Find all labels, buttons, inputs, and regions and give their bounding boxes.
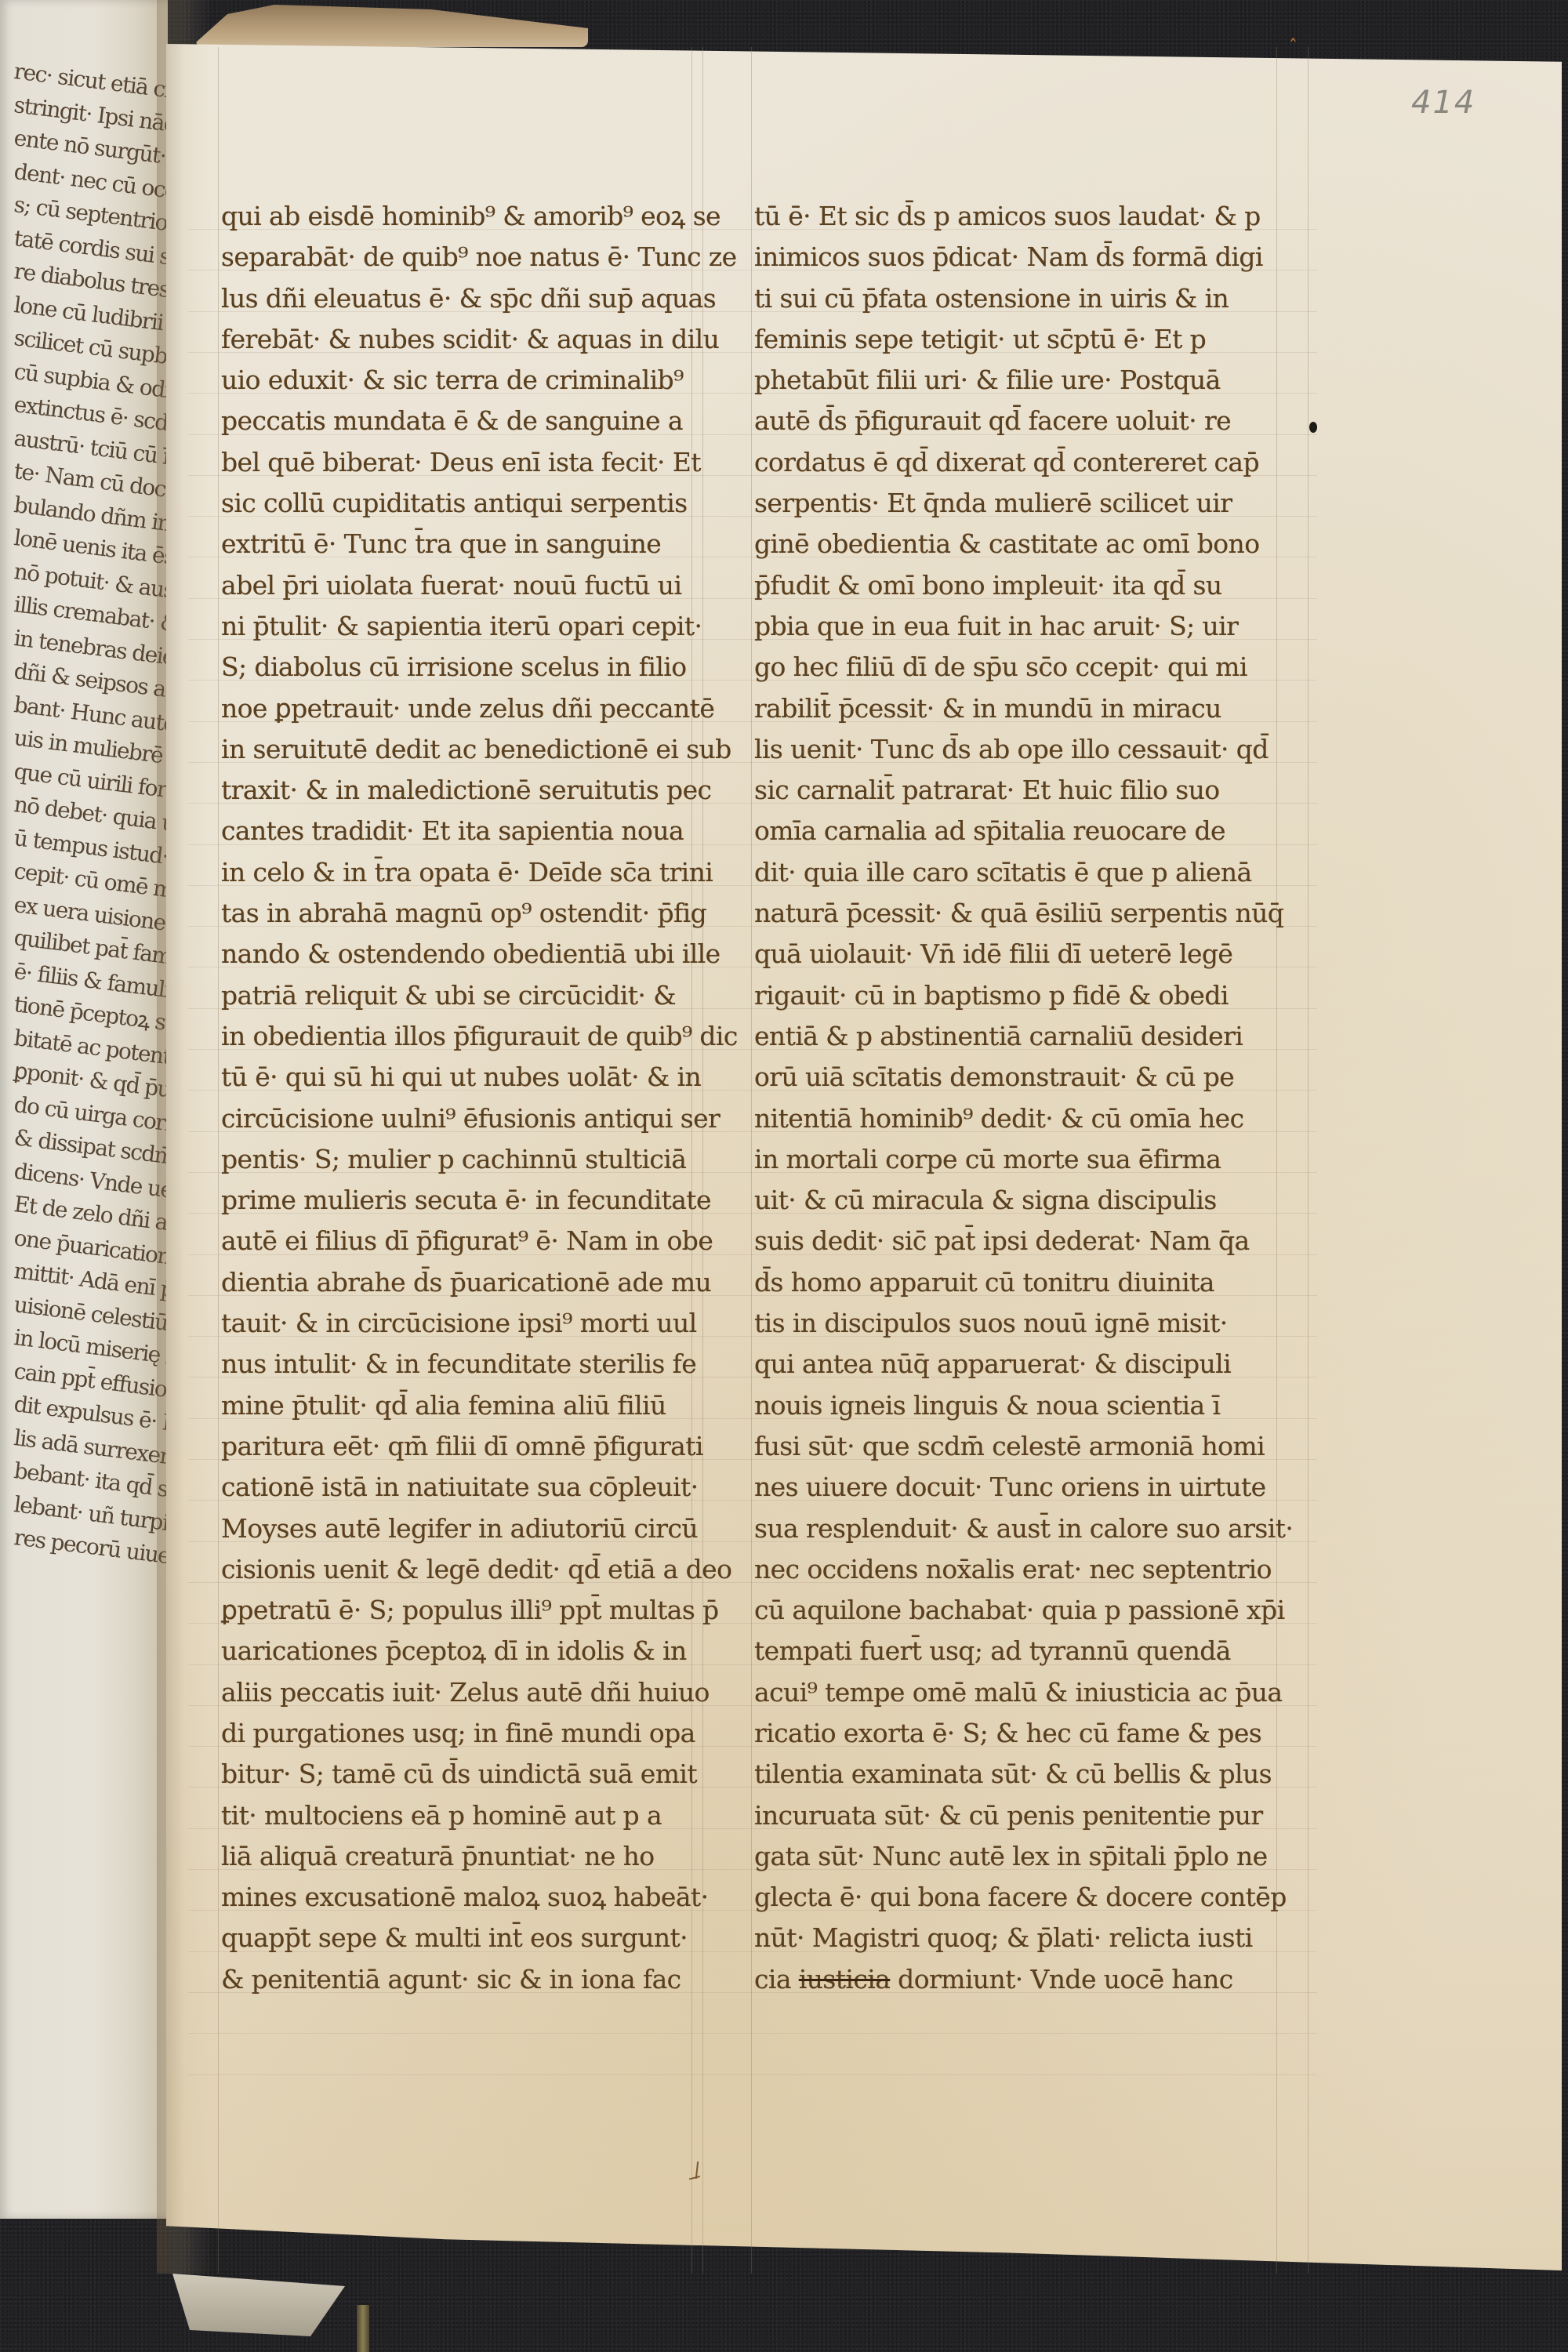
text-line: acui⁹ tempe omē malū & iniusticia ac p̄u…: [754, 1672, 1272, 1713]
text-line: go hec filiū dī de sp̄u sc̄o ccepit· qui…: [754, 647, 1272, 688]
text-line: nes uiuere docuit· Tunc oriens in uirtut…: [754, 1467, 1272, 1508]
text-line: nus intulit· & in fecunditate sterilis f…: [221, 1344, 691, 1385]
text-line: tū ē· qui sū hi qui ut nubes uolāt· & in: [221, 1057, 691, 1098]
text-line: glecta ē· qui bona facere & docere contē…: [754, 1877, 1272, 1918]
text-line: tauit· & in circūcisione ipsi⁹ morti uul: [221, 1303, 691, 1344]
text-line: di purgationes usq; in finē mundi opa: [221, 1713, 691, 1754]
text-line: in celo & in t̄ra opata ē· Deīde sc̄a tr…: [221, 852, 691, 893]
text-line: nando & ostendendo obedientiā ubi ille: [221, 934, 691, 975]
text-line: orū uiā scītatis demonstrauit· & cū pe: [754, 1057, 1272, 1098]
ruling-line: [751, 47, 752, 2274]
text-line: extritū ē· Tunc t̄ra que in sanguine: [221, 524, 691, 564]
text-line: in seruitutē dedit ac benedictionē ei su…: [221, 729, 691, 770]
text-line: lis uenit· Tunc d̄s ab ope illo cessauit…: [754, 729, 1272, 770]
text-line: pentis· S; mulier p cachinnū stulticiā: [221, 1139, 691, 1180]
text-line: cationē istā in natiuitate sua cōpleuit·: [221, 1467, 691, 1508]
verso-page: rec· sicut etiā cibicū corpstringit· Ips…: [0, 0, 168, 2219]
text-line: qui antea nūq̄ apparuerat· & discipuli: [754, 1344, 1272, 1385]
text-line: lus dñi eleuatus ē· & sp̄c dñi sup̄ aqua…: [221, 278, 691, 319]
text-line: p̄fudit & omī bono impleuit· ita qd̄ su: [754, 565, 1272, 606]
ruling-line: [691, 47, 692, 2274]
text-line: circūcisione uulni⁹ ēfusionis antiqui se…: [221, 1098, 691, 1139]
text-line: in obedientia illos p̄figurauit de quib⁹…: [221, 1016, 691, 1057]
text-line: tas in abrahā magnū op⁹ ostendit· p̄fig: [221, 893, 691, 934]
text-line: quā uiolauit· Vn̄ idē filii dī ueterē le…: [754, 934, 1272, 975]
text-line: uaricationes p̄ceptoꝝ dī in idolis & in: [221, 1631, 691, 1671]
parchment-hole: [1309, 422, 1317, 433]
text-line: ricatio exorta ē· S; & hec cū fame & pes: [754, 1713, 1272, 1754]
text-line: abel p̄ri uiolata fuerat· nouū fuctū ui: [221, 565, 691, 606]
text-line: nouis igneis linguis & noua scientia ī: [754, 1385, 1272, 1426]
struck-word: iusticia: [799, 1964, 890, 1994]
folio-number: 414: [1411, 85, 1475, 121]
text-line: aliis peccatis iuit· Zelus autē dñi huiu…: [221, 1672, 691, 1713]
text-line: d̄s homo apparuit cū tonitru diuinita: [754, 1262, 1272, 1303]
folio-corner-mark: ˆ: [1289, 38, 1298, 57]
text-line: gata sūt· Nunc autē lex in sp̄itali p̄pl…: [754, 1836, 1272, 1877]
text-line: serpentis· Et q̄nda mulierē scilicet uir: [754, 483, 1272, 524]
text-line: ni p̄tulit· & sapientia iterū opari cepi…: [221, 606, 691, 647]
text-line: inimicos suos p̄dicat· Nam d̄s formā dig…: [754, 237, 1272, 278]
text-line: fusi sūt· que scdm̄ celestē armoniā homi: [754, 1426, 1272, 1467]
ruling-line: [1276, 47, 1277, 2274]
text-line: ꝑpetratū ē· S; populus illi⁹ ppt̄ multas…: [221, 1590, 691, 1631]
ruling-line: [1308, 47, 1308, 2274]
text-line: autē ei filius dī p̄figurat⁹ ē· Nam in o…: [221, 1221, 691, 1261]
text-line: feminis sepe tetigit· ut sc̄ptū ē· Et p: [754, 319, 1272, 360]
text-column-a: qui ab eisdē hominib⁹ & amorib⁹ eoꝝ sese…: [221, 196, 691, 2000]
text-line: mine p̄tulit· qd̄ alia femina aliū filiū: [221, 1385, 691, 1426]
ruling-line: [188, 2074, 1317, 2075]
page-clip: [357, 2305, 369, 2352]
text-line: liā aliquā creaturā p̄nuntiat· ne ho: [221, 1836, 691, 1877]
text-line: bel quē biberat· Deus enī ista fecit· Et: [221, 442, 691, 483]
text-line: naturā p̄cessit· & quā ēsiliū serpentis …: [754, 893, 1272, 934]
text-line: dit· quia ille caro scītatis ē que p ali…: [754, 852, 1272, 893]
text-line: tū ē· Et sic d̄s p amicos suos laudat· &…: [754, 196, 1272, 237]
text-line: cisionis uenit & legē dedit· qd̄ etiā a …: [221, 1549, 691, 1590]
text-line: phetabūt filii uri· & filie ure· Postquā: [754, 360, 1272, 401]
text-line: patriā reliquit & ubi se circūcidit· &: [221, 975, 691, 1016]
text-line: bitur· S; tamē cū d̄s uindictā suā emit: [221, 1754, 691, 1795]
text-line: noe ꝑpetrauit· unde zelus dñi peccantē: [221, 688, 691, 729]
text-line: nitentiā hominib⁹ dedit· & cū omīa hec: [754, 1098, 1272, 1139]
text-line: tempati fuert̄ usq; ad tyrannū quendā: [754, 1631, 1272, 1671]
text-line: rigauit· cū in baptismo p fidē & obedi: [754, 975, 1272, 1016]
text-line: cū aquilone bachabat· quia p passionē xp…: [754, 1590, 1272, 1631]
text-line: S; diabolus cū irrisione scelus in filio: [221, 647, 691, 688]
text-line: sic carnalit̄ patrarat· Et huic filio su…: [754, 770, 1272, 811]
text-line: prime mulieris secuta ē· in fecunditate: [221, 1180, 691, 1221]
text-line: separabāt· de quib⁹ noe natus ē· Tunc ze: [221, 237, 691, 278]
ruling-line: [702, 47, 703, 2274]
text-line: sua resplenduit· & aust̄ in calore suo a…: [754, 1508, 1272, 1549]
text-line: nec occidens nox̄alis erat· nec septentr…: [754, 1549, 1272, 1590]
text-line: incuruata sūt· & cū penis penitentie pur: [754, 1795, 1272, 1836]
text-line: dientia abrahe d̄s p̄uaricationē ade mu: [221, 1262, 691, 1303]
text-line: ginē obedientia & castitate ac omī bono: [754, 524, 1272, 564]
text-line: paritura eēt· qm̄ filii dī omnē p̄figura…: [221, 1426, 691, 1467]
text-line: cantes tradidit· Et ita sapientia noua: [221, 811, 691, 851]
text-line: nūt· Magistri quoq; & p̄lati· relicta iu…: [754, 1918, 1272, 1958]
verso-text: rec· sicut etiā cibicū corpstringit· Ips…: [14, 55, 168, 1555]
text-line: tilentia examinata sūt· & cū bellis & pl…: [754, 1754, 1272, 1795]
text-line: sic collū cupiditatis antiqui serpentis: [221, 483, 691, 524]
text-line: omīa carnalia ad sp̄italia reuocare de: [754, 811, 1272, 851]
text-line: qui ab eisdē hominib⁹ & amorib⁹ eoꝝ se: [221, 196, 691, 237]
text-line: & penitentiā agunt· sic & in iona fac: [221, 1959, 691, 2000]
gutter-shadow: [157, 0, 212, 2274]
text-line: in mortali corpe cū morte sua ēfirma: [754, 1139, 1272, 1180]
ruling-line: [188, 2033, 1317, 2034]
text-line: peccatis mundata ē & de sanguine a: [221, 401, 691, 441]
text-line: traxit· & in maledictionē seruitutis pec: [221, 770, 691, 811]
text-line: suis dedit· sic̄ pat̄ ipsi dederat· Nam …: [754, 1221, 1272, 1261]
text-line: mines excusationē maloꝝ suoꝝ habeāt·: [221, 1877, 691, 1918]
text-line: cordatus ē qd̄ dixerat qd̄ contereret ca…: [754, 442, 1272, 483]
text-line: ferebāt· & nubes scidit· & aquas in dilu: [221, 319, 691, 360]
ruling-line: [218, 47, 219, 2274]
text-line: Moyses autē legifer in adiutoriū circū: [221, 1508, 691, 1549]
text-column-b: tū ē· Et sic d̄s p amicos suos laudat· &…: [754, 196, 1272, 2000]
text-line: uit· & cū miracula & signa discipulis: [754, 1180, 1272, 1221]
text-line: rabilit̄ p̄cessit· & in mundū in miracu: [754, 688, 1272, 729]
text-line: entiā & p abstinentiā carnaliū desideri: [754, 1016, 1272, 1057]
text-line: pbia que in eua fuit in hac aruit· S; ui…: [754, 606, 1272, 647]
text-line: quapp̄t sepe & multi int̄ eos surgunt·: [221, 1918, 691, 1958]
text-line: tis in discipulos suos nouū ignē misit·: [754, 1303, 1272, 1344]
text-line: autē d̄s p̄figurauit qd̄ facere uoluit· …: [754, 401, 1272, 441]
text-line: tit· multociens eā p hominē aut p a: [221, 1795, 691, 1836]
text-line: uio eduxit· & sic terra de criminalib⁹: [221, 360, 691, 401]
text-line: ti sui cū p̄fata ostensione in uiris & i…: [754, 278, 1272, 319]
text-line: cia iusticia dormiunt· Vnde uocē hanc: [754, 1959, 1272, 2000]
